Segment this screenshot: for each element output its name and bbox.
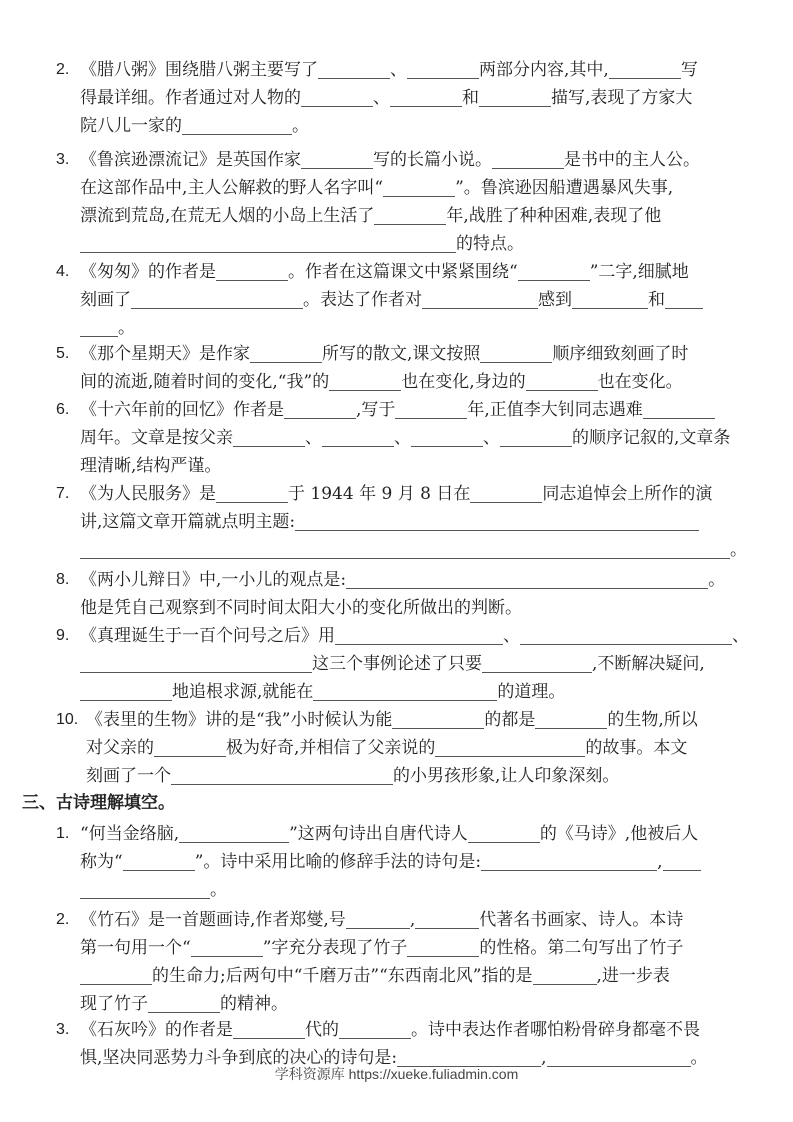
text-line: 他是凭自己观察到不同时间太阳大小的变化所做出的判断。 — [80, 594, 756, 622]
fill-in-blank[interactable] — [80, 680, 172, 701]
question-text: ”。诗中采用比喻的修辞手法的诗句是: — [195, 852, 481, 872]
question-text: 第一句用一个“ — [80, 938, 191, 958]
question-text: 《为人民服务》是 — [80, 484, 216, 504]
question-text: ”。鲁滨逊因船遭遇暴风失事, — [455, 178, 673, 198]
question-text: 的生物,所以 — [607, 710, 697, 730]
text-line: 。 — [80, 876, 756, 904]
question-text: 。 — [292, 116, 309, 136]
fill-in-blank[interactable] — [233, 426, 305, 447]
fill-in-blank[interactable] — [482, 652, 592, 673]
question-text: 《竹石》是一首题画诗,作者郑燮,号 — [80, 910, 346, 930]
question-text: ”字充分表现了竹子 — [263, 938, 408, 958]
fill-in-blank[interactable] — [322, 426, 394, 447]
question-text: 得最详细。作者通过对人物的 — [80, 88, 301, 108]
question-text: 的小男孩形象,让人印象深刻。 — [393, 766, 619, 786]
question-text: 《十六年前的回忆》作者是 — [80, 400, 284, 420]
question-text: ,不断解决疑问, — [592, 654, 705, 674]
question-item: 7.《为人民服务》是于 1944 年 9 月 8 日在同志追悼会上所作的演讲,这… — [56, 480, 756, 564]
text-line: 地追根求源,就能在的道理。 — [80, 678, 756, 706]
worksheet-page: 三、古诗理解填空。 学科资源库 https://xueke.fuliadmin.… — [0, 0, 793, 1122]
fill-in-blank[interactable] — [479, 86, 551, 107]
question-text: 的道理。 — [497, 682, 565, 702]
question-text: 称为“ — [80, 852, 123, 872]
fill-in-blank[interactable] — [395, 398, 467, 419]
fill-in-blank[interactable] — [547, 1046, 691, 1067]
text-line: 漂流到荒岛,在荒无人烟的小岛上生活了年,战胜了种种困难,表现了他 — [80, 202, 756, 230]
question-text: 。 — [730, 540, 747, 560]
question-text: 的顺序记叙的,文章条 — [572, 428, 730, 448]
question-text: 、 — [373, 88, 390, 108]
question-text: 的生命力;后两句中“千磨万击”“东西南北风”指的是 — [152, 966, 533, 986]
question-text: 。 — [118, 318, 135, 338]
question-text: 的性格。第二句写出了竹子 — [479, 938, 683, 958]
question-text: 。 — [210, 880, 227, 900]
question-text: 对父亲的 — [86, 738, 154, 758]
question-text: 顺序细致刻画了时 — [552, 344, 688, 364]
fill-in-blank[interactable] — [665, 288, 703, 309]
text-line: 《真理诞生于一百个问号之后》用、、 — [80, 622, 756, 650]
fill-in-blank[interactable] — [500, 426, 572, 447]
question-text: 极为好奇,并相信了父亲说的 — [226, 738, 435, 758]
question-text: 代著名书画家、诗人。本诗 — [479, 910, 683, 930]
question-item: 9.《真理诞生于一百个问号之后》用、、这三个事例论述了只要,不断解决疑问,地追根… — [56, 622, 756, 706]
question-text: 年,战胜了种种困难,表现了他 — [446, 206, 661, 226]
text-line: 的特点。 — [80, 230, 756, 258]
question-text: 描写,表现了方家大 — [551, 88, 692, 108]
question-text: 他是凭自己观察到不同时间太阳大小的变化所做出的判断。 — [80, 598, 522, 618]
text-line: 惧,坚决同恶势力斗争到底的决心的诗句是:,。 — [80, 1044, 756, 1072]
fill-in-blank[interactable] — [480, 342, 552, 363]
fill-in-blank[interactable] — [415, 908, 479, 929]
question-text: 惧,坚决同恶势力斗争到底的决心的诗句是: — [80, 1048, 397, 1068]
question-text: 刻画了一个 — [86, 766, 171, 786]
fill-in-blank[interactable] — [397, 1046, 541, 1067]
question-text: “何当金络脑, — [80, 824, 179, 844]
question-number: 6. — [56, 396, 69, 424]
fill-in-blank[interactable] — [216, 482, 288, 503]
question-text: 漂流到荒岛,在荒无人烟的小岛上生活了 — [80, 206, 374, 226]
question-text: 。 — [691, 1048, 708, 1068]
text-line: 间的流逝,随着时间的变化,“我”的也在变化,身边的也在变化。 — [80, 368, 756, 396]
question-text: 的故事。本文 — [585, 738, 687, 758]
text-line: 讲,这篇文章开篇就点明主题: — [80, 508, 756, 536]
question-item: 4.《匆匆》的作者是。作者在这篇课文中紧紧围绕“”二字,细腻地刻画了。表达了作者… — [56, 258, 756, 342]
question-text: 《石灰吟》的作者是 — [80, 1020, 233, 1040]
fill-in-blank[interactable] — [318, 58, 390, 79]
fill-in-blank[interactable] — [492, 148, 564, 169]
question-text: 《匆匆》的作者是 — [80, 262, 216, 282]
fill-in-blank[interactable] — [392, 708, 484, 729]
fill-in-blank[interactable] — [335, 624, 503, 645]
text-line: 在这部作品中,主人公解救的野人名字叫“”。鲁滨逊因船遭遇暴风失事, — [80, 174, 756, 202]
question-number: 4. — [56, 258, 69, 286]
question-number: 5. — [56, 340, 69, 368]
fill-in-blank[interactable] — [179, 822, 289, 843]
question-text: 、 — [483, 428, 500, 448]
question-text: ,写于 — [356, 400, 395, 420]
question-text: 的《马诗》,他被后人 — [540, 824, 698, 844]
question-text: 、 — [732, 626, 749, 646]
question-text: 周年。文章是按父亲 — [80, 428, 233, 448]
fill-in-blank[interactable] — [233, 1018, 305, 1039]
fill-in-blank[interactable] — [390, 86, 462, 107]
fill-in-blank[interactable] — [526, 370, 598, 391]
fill-in-blank[interactable] — [518, 260, 590, 281]
fill-in-blank[interactable] — [154, 736, 226, 757]
fill-in-blank[interactable] — [663, 850, 701, 871]
question-text: 《那个星期天》是作家 — [80, 344, 250, 364]
question-item: 1.“何当金络脑,”这两句诗出自唐代诗人的《马诗》,他被后人称为“”。诗中采用比… — [56, 820, 756, 904]
text-line: 《表里的生物》讲的是“我”小时候认为能的都是的生物,所以 — [86, 706, 756, 734]
fill-in-blank[interactable] — [182, 114, 292, 135]
question-text: 写 — [681, 60, 698, 80]
fill-in-blank[interactable] — [643, 398, 715, 419]
question-text: 《表里的生物》讲的是“我”小时候认为能 — [86, 710, 392, 730]
question-text: 。诗中表达作者哪怕粉骨碎身都毫不畏 — [411, 1020, 700, 1040]
question-text: 也在变化。 — [598, 372, 683, 392]
fill-in-blank[interactable] — [572, 288, 648, 309]
question-text: 《真理诞生于一百个问号之后》用 — [80, 626, 335, 646]
fill-in-blank[interactable] — [339, 1018, 411, 1039]
fill-in-blank[interactable] — [301, 148, 373, 169]
section-heading-ancient-poems: 三、古诗理解填空。 — [22, 788, 175, 813]
text-line: 第一句用一个“”字充分表现了竹子的性格。第二句写出了竹子 — [80, 934, 756, 962]
question-text: 所写的散文,课文按照 — [322, 344, 480, 364]
fill-in-blank[interactable] — [80, 652, 312, 673]
question-text: 的精神。 — [220, 994, 288, 1014]
question-text: 。表达了作者对 — [303, 290, 422, 310]
fill-in-blank[interactable] — [468, 822, 540, 843]
text-line: 理清晰,结构严谨。 — [80, 452, 756, 480]
text-line: 院八儿一家的。 — [80, 112, 756, 140]
question-text: ”二字,细腻地 — [590, 262, 689, 282]
question-item: 6.《十六年前的回忆》作者是,写于年,正值李大钊同志遇难周年。文章是按父亲、、、… — [56, 396, 756, 480]
fill-in-blank[interactable] — [301, 86, 373, 107]
fill-in-blank[interactable] — [329, 370, 401, 391]
question-text: 的都是 — [484, 710, 535, 730]
text-line: 《十六年前的回忆》作者是,写于年,正值李大钊同志遇难 — [80, 396, 756, 424]
text-line: 《石灰吟》的作者是代的。诗中表达作者哪怕粉骨碎身都毫不畏 — [80, 1016, 756, 1044]
fill-in-blank[interactable] — [295, 510, 699, 531]
question-text: 写的长篇小说。 — [373, 150, 492, 170]
question-text: 、 — [305, 428, 322, 448]
question-item: 10.《表里的生物》讲的是“我”小时候认为能的都是的生物,所以对父亲的极为好奇,… — [56, 706, 756, 790]
question-number: 7. — [56, 480, 69, 508]
question-text: ,进一步表 — [597, 966, 670, 986]
question-text: ”这两句诗出自唐代诗人 — [289, 824, 468, 844]
fill-in-blank[interactable] — [535, 708, 607, 729]
question-number: 8. — [56, 566, 69, 594]
question-text: 和 — [462, 88, 479, 108]
text-line: “何当金络脑,”这两句诗出自唐代诗人的《马诗》,他被后人 — [80, 820, 756, 848]
text-line: 《鲁滨逊漂流记》是英国作家写的长篇小说。是书中的主人公。 — [80, 146, 756, 174]
fill-in-blank[interactable] — [422, 288, 538, 309]
text-line: 刻画了一个的小男孩形象,让人印象深刻。 — [86, 762, 756, 790]
fill-in-blank[interactable] — [470, 482, 542, 503]
fill-in-blank[interactable] — [191, 936, 263, 957]
fill-in-blank[interactable] — [80, 232, 456, 253]
question-text: 也在变化,身边的 — [401, 372, 525, 392]
fill-in-blank[interactable] — [481, 850, 657, 871]
text-line: 《腊八粥》围绕腊八粥主要写了、两部分内容,其中,写 — [80, 56, 756, 84]
fill-in-blank[interactable] — [80, 878, 210, 899]
question-text: 地追根求源,就能在 — [172, 682, 313, 702]
text-line: 的生命力;后两句中“千磨万击”“东西南北风”指的是,进一步表 — [80, 962, 756, 990]
fill-in-blank[interactable] — [609, 58, 681, 79]
question-text: 于 1944 年 9 月 8 日在 — [288, 484, 470, 504]
question-text: 感到 — [538, 290, 572, 310]
question-text: 在这部作品中,主人公解救的野人名字叫“ — [80, 178, 383, 198]
text-line: 对父亲的极为好奇,并相信了父亲说的的故事。本文 — [86, 734, 756, 762]
question-number: 2. — [56, 906, 69, 934]
text-line: 。 — [80, 314, 756, 342]
fill-in-blank[interactable] — [216, 260, 288, 281]
question-number: 10. — [56, 706, 78, 734]
question-text: 、 — [503, 626, 520, 646]
text-line: 《两小儿辩日》中,一小儿的观点是:。 — [80, 566, 756, 594]
question-item: 3.《石灰吟》的作者是代的。诗中表达作者哪怕粉骨碎身都毫不畏惧,坚决同恶势力斗争… — [56, 1016, 756, 1072]
question-number: 1. — [56, 820, 69, 848]
text-line: 称为“”。诗中采用比喻的修辞手法的诗句是:, — [80, 848, 756, 876]
question-text: 理清晰,结构严谨。 — [80, 456, 221, 476]
question-text: 和 — [648, 290, 665, 310]
question-text: 、 — [390, 60, 407, 80]
fill-in-blank[interactable] — [250, 342, 322, 363]
text-line: 得最详细。作者通过对人物的、和描写,表现了方家大 — [80, 84, 756, 112]
question-text: 、 — [394, 428, 411, 448]
question-item: 3.《鲁滨逊漂流记》是英国作家写的长篇小说。是书中的主人公。在这部作品中,主人公… — [56, 146, 756, 258]
fill-in-blank[interactable] — [171, 764, 393, 785]
fill-in-blank[interactable] — [346, 908, 410, 929]
text-line: 。 — [80, 536, 756, 564]
question-text: 讲,这篇文章开篇就点明主题: — [80, 512, 295, 532]
question-text: 代的 — [305, 1020, 339, 1040]
text-line: 现了竹子的精神。 — [80, 990, 756, 1018]
question-item: 8.《两小儿辩日》中,一小儿的观点是:。他是凭自己观察到不同时间太阳大小的变化所… — [56, 566, 756, 622]
text-line: 《为人民服务》是于 1944 年 9 月 8 日在同志追悼会上所作的演 — [80, 480, 756, 508]
question-number: 3. — [56, 1016, 69, 1044]
text-line: 《竹石》是一首题画诗,作者郑燮,号,代著名书画家、诗人。本诗 — [80, 906, 756, 934]
fill-in-blank[interactable] — [533, 964, 597, 985]
fill-in-blank[interactable] — [407, 936, 479, 957]
question-item: 5.《那个星期天》是作家所写的散文,课文按照顺序细致刻画了时间的流逝,随着时间的… — [56, 340, 756, 396]
question-item: 2.《竹石》是一首题画诗,作者郑燮,号,代著名书画家、诗人。本诗第一句用一个“”… — [56, 906, 756, 1018]
fill-in-blank[interactable] — [148, 992, 220, 1013]
question-text: 的特点。 — [456, 234, 524, 254]
question-item: 2.《腊八粥》围绕腊八粥主要写了、两部分内容,其中,写得最详细。作者通过对人物的… — [56, 56, 756, 140]
question-text: 年,正值李大钊同志遇难 — [467, 400, 642, 420]
question-text: 这三个事例论述了只要 — [312, 654, 482, 674]
question-text: 间的流逝,随着时间的变化,“我”的 — [80, 372, 329, 392]
text-line: 周年。文章是按父亲、、、的顺序记叙的,文章条 — [80, 424, 756, 452]
question-text: 《腊八粥》围绕腊八粥主要写了 — [80, 60, 318, 80]
fill-in-blank[interactable] — [123, 850, 195, 871]
fill-in-blank[interactable] — [131, 288, 303, 309]
question-text: 院八儿一家的 — [80, 116, 182, 136]
question-text: 现了竹子 — [80, 994, 148, 1014]
question-text: 是书中的主人公。 — [564, 150, 700, 170]
fill-in-blank[interactable] — [284, 398, 356, 419]
fill-in-blank[interactable] — [411, 426, 483, 447]
fill-in-blank[interactable] — [407, 58, 479, 79]
fill-in-blank[interactable] — [520, 624, 732, 645]
text-line: 刻画了。表达了作者对感到和 — [80, 286, 756, 314]
question-number: 3. — [56, 146, 69, 174]
question-text: 。作者在这篇课文中紧紧围绕“ — [288, 262, 518, 282]
question-number: 9. — [56, 622, 69, 650]
fill-in-blank[interactable] — [80, 964, 152, 985]
question-text: 。 — [708, 570, 725, 590]
fill-in-blank[interactable] — [383, 176, 455, 197]
question-text: 《两小儿辩日》中,一小儿的观点是: — [80, 570, 346, 590]
fill-in-blank[interactable] — [80, 316, 118, 337]
fill-in-blank[interactable] — [80, 538, 730, 559]
fill-in-blank[interactable] — [374, 204, 446, 225]
text-line: 《那个星期天》是作家所写的散文,课文按照顺序细致刻画了时 — [80, 340, 756, 368]
text-line: 《匆匆》的作者是。作者在这篇课文中紧紧围绕“”二字,细腻地 — [80, 258, 756, 286]
question-text: 刻画了 — [80, 290, 131, 310]
fill-in-blank[interactable] — [313, 680, 497, 701]
question-text: 两部分内容,其中, — [479, 60, 609, 80]
question-text: 《鲁滨逊漂流记》是英国作家 — [80, 150, 301, 170]
question-number: 2. — [56, 56, 69, 84]
fill-in-blank[interactable] — [346, 568, 708, 589]
fill-in-blank[interactable] — [435, 736, 585, 757]
question-text: 同志追悼会上所作的演 — [542, 484, 712, 504]
text-line: 这三个事例论述了只要,不断解决疑问, — [80, 650, 756, 678]
